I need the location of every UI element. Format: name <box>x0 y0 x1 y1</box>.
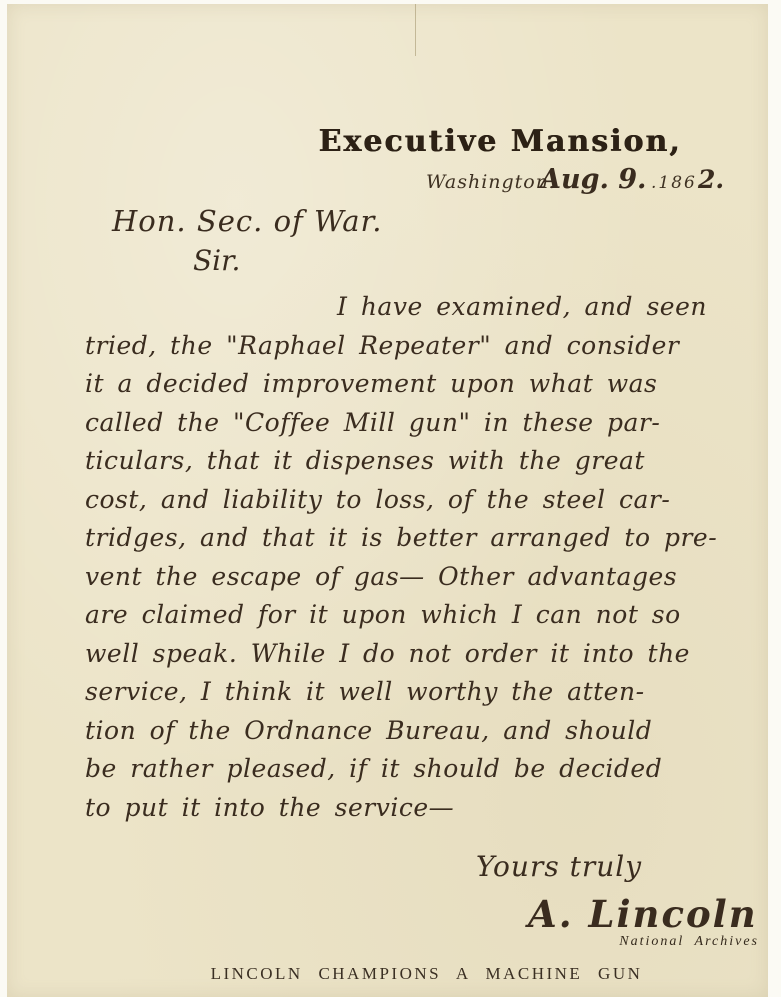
paper-crease <box>415 4 416 56</box>
signature-a-lincoln: A. Lincoln <box>528 892 758 936</box>
body-line: tion of the Ordnance Bureau, and should <box>85 712 725 751</box>
body-line: tried, the "Raphael Repeater" and consid… <box>85 327 725 366</box>
letterhead-executive-mansion: Executive Mansion, <box>300 124 700 159</box>
body-line: it a decided improvement upon what was <box>85 365 725 404</box>
body-line: tridges, and that it is better arranged … <box>85 519 725 558</box>
salutation-sir: Sir. <box>193 244 240 277</box>
handwritten-year-digit: 2. <box>698 165 724 194</box>
letterhead-washington: Washington. <box>426 171 556 193</box>
body-line: called the "Coffee Mill gun" in these pa… <box>85 404 725 443</box>
credit-national-archives: National Archives <box>619 934 759 950</box>
salutation-addressee: Hon. Sec. of War. <box>112 204 382 238</box>
body-line: ticulars, that it dispenses with the gre… <box>85 442 725 481</box>
body-line: service, I think it well worthy the atte… <box>85 673 725 712</box>
body-line: I have examined, and seen <box>85 288 725 327</box>
body-line: to put it into the service— <box>85 789 725 828</box>
letterhead-year-printed: .186 <box>651 173 697 193</box>
page-caption: LINCOLN CHAMPIONS A MACHINE GUN <box>0 964 781 984</box>
closing-yours-truly: Yours truly <box>476 850 642 883</box>
handwritten-date: Aug. 9. <box>540 164 646 195</box>
body-line: well speak. While I do not order it into… <box>85 635 725 674</box>
letter-body: I have examined, and seen tried, the "Ra… <box>85 288 725 827</box>
body-line: are claimed for it upon which I can not … <box>85 596 725 635</box>
body-line: cost, and liability to loss, of the stee… <box>85 481 725 520</box>
scanned-letter-page: Executive Mansion, Washington. Aug. 9. .… <box>0 0 781 997</box>
body-line: be rather pleased, if it should be decid… <box>85 750 725 789</box>
body-line: vent the escape of gas— Other advantages <box>85 558 725 597</box>
